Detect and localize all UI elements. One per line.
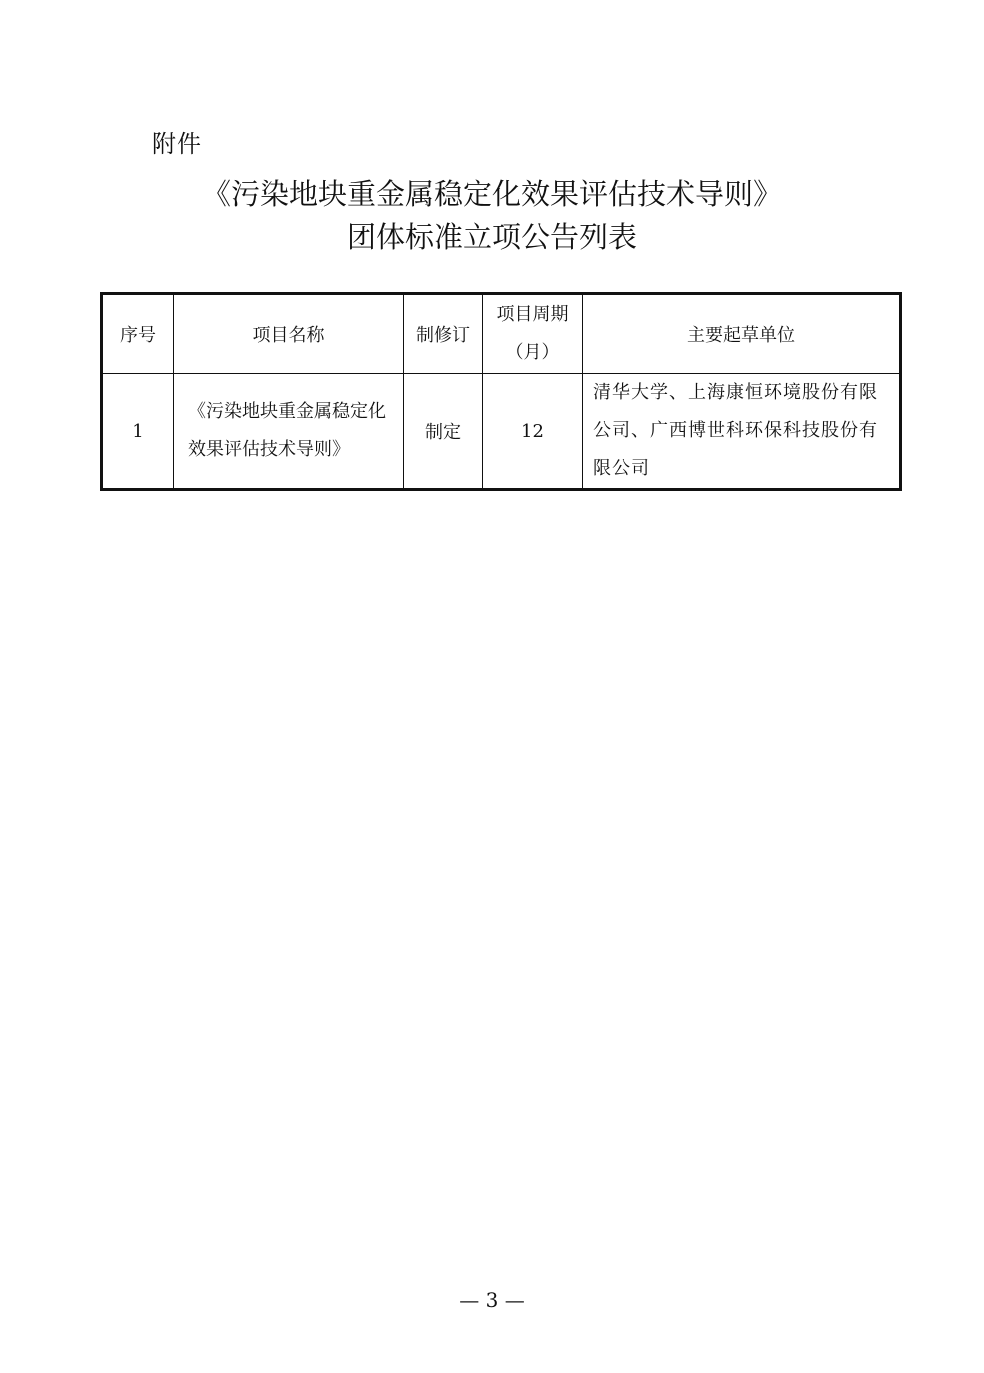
header-period-line1: 项目周期 <box>483 296 582 334</box>
table-header-row: 序号 项目名称 制修订 项目周期 （月） 主要起草单位 <box>102 294 901 374</box>
cell-drafting-units: 清华大学、上海康恒环境股份有限公司、广西博世科环保科技股份有限公司 <box>583 374 901 490</box>
attachment-label: 附件 <box>152 124 202 159</box>
document-title-line2: 团体标准立项公告列表 <box>0 215 984 256</box>
header-period: 项目周期 （月） <box>483 294 583 374</box>
cell-project-name: 《污染地块重金属稳定化效果评估技术导则》 <box>174 374 404 490</box>
cell-period: 12 <box>483 374 583 490</box>
cell-revision-type: 制定 <box>404 374 483 490</box>
document-title-line1: 《污染地块重金属稳定化效果评估技术导则》 <box>0 172 984 213</box>
header-drafting-units: 主要起草单位 <box>583 294 901 374</box>
header-period-line2: （月） <box>483 334 582 372</box>
announcement-table: 序号 项目名称 制修订 项目周期 （月） 主要起草单位 1 《污染地块重金属稳定… <box>100 292 902 491</box>
page-number: — 3 — <box>0 1288 984 1312</box>
table-row: 1 《污染地块重金属稳定化效果评估技术导则》 制定 12 清华大学、上海康恒环境… <box>102 374 901 490</box>
header-index: 序号 <box>102 294 174 374</box>
header-project-name: 项目名称 <box>174 294 404 374</box>
header-revision-type: 制修订 <box>404 294 483 374</box>
cell-index: 1 <box>102 374 174 490</box>
